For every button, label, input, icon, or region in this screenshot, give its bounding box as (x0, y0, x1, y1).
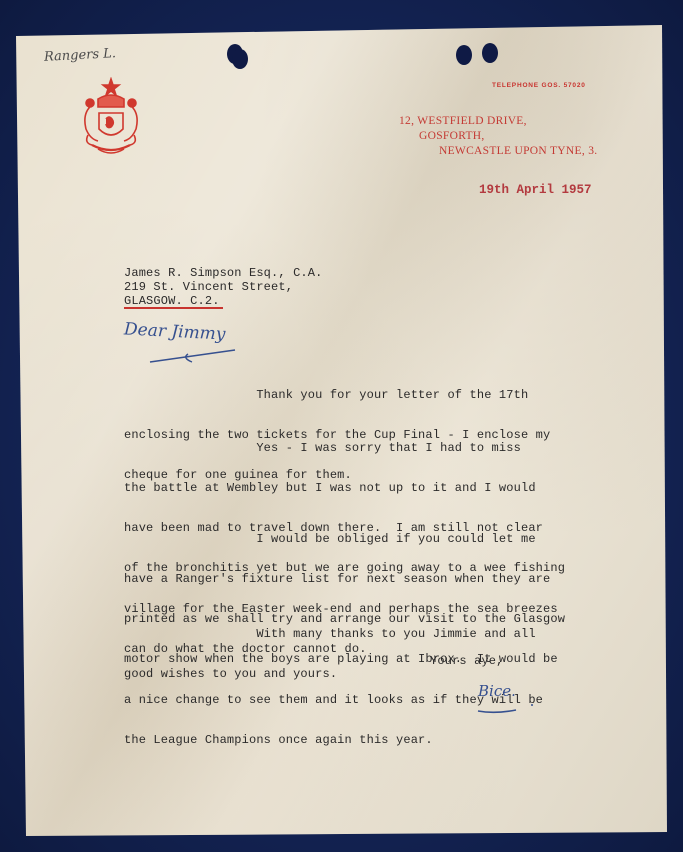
heraldic-crest-icon (78, 77, 144, 159)
paragraph-4: With many thanks to you Jimmie and all g… (124, 601, 536, 695)
red-underline (124, 307, 223, 309)
recipient-street: 219 St. Vincent Street, (124, 281, 293, 294)
letterhead-telephone: TELEPHONE GOS. 57020 (492, 82, 586, 89)
letterhead-address-line: GOSFORTH, (419, 130, 485, 142)
punch-hole (482, 43, 498, 63)
letterhead-address-line: 12, WESTFIELD DRIVE, (399, 115, 527, 127)
paragraph-line: good wishes to you and yours. (124, 668, 536, 681)
handwritten-signature: Bice. (478, 682, 516, 700)
punch-hole (456, 45, 472, 65)
paragraph-line: the battle at Wembley but I was not up t… (124, 482, 565, 495)
paragraph-line: have a Ranger's fixture list for next se… (124, 573, 565, 586)
paragraph-line: Thank you for your letter of the 17th (124, 389, 550, 402)
recipient-name: James R. Simpson Esq., C.A. (124, 267, 322, 280)
paragraph-line: Yes - I was sorry that I had to miss (124, 442, 565, 455)
letter-date: 19th April 1957 (479, 183, 592, 197)
letterhead-address-line: NEWCASTLE UPON TYNE, 3. (439, 145, 597, 157)
paragraph-line: With many thanks to you Jimmie and all (124, 628, 536, 641)
paragraph-line: I would be obliged if you could let me (124, 533, 565, 546)
punch-hole (232, 49, 248, 69)
paragraph-line: the League Champions once again this yea… (124, 734, 565, 747)
closing: Yours aye, (430, 655, 504, 668)
